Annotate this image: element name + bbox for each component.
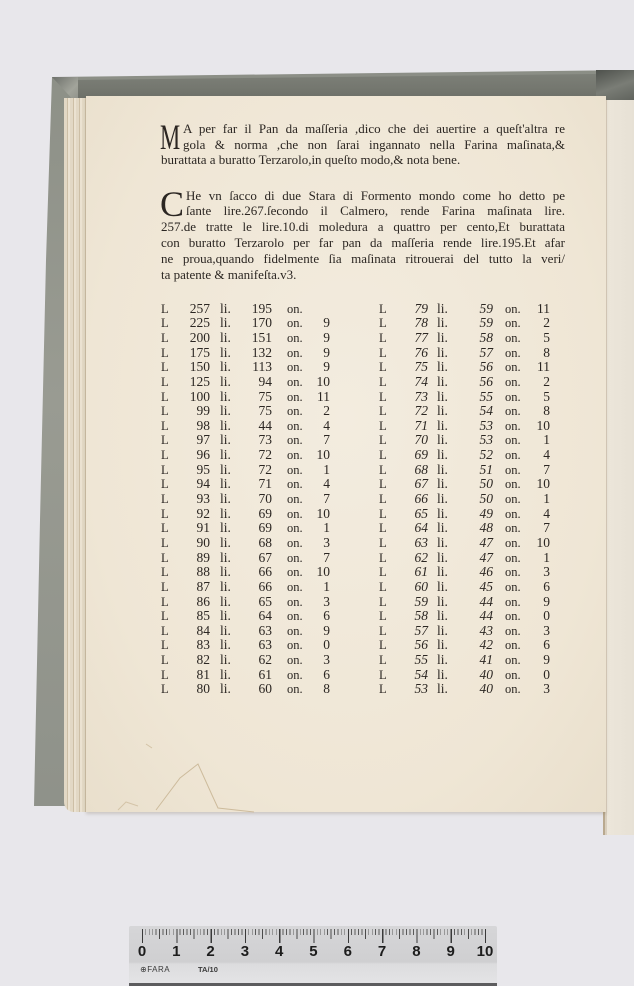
lire-marker: L xyxy=(161,360,169,375)
libbre-label: li. xyxy=(437,331,448,346)
table-row: L 96 li. 72 on. 10 xyxy=(160,448,335,463)
libbre-label: li. xyxy=(437,390,448,405)
lire-marker: L xyxy=(161,551,169,566)
libbre-amount: 53 xyxy=(453,433,493,448)
libbre-amount: 66 xyxy=(232,565,272,580)
oncie-amount: 10 xyxy=(524,536,550,551)
libbre-amount: 56 xyxy=(453,375,493,390)
table-row: L 62 li. 47 on. 1 xyxy=(378,551,554,566)
oncie-amount: 1 xyxy=(304,463,330,478)
lire-marker: L xyxy=(161,346,169,361)
libbre-amount: 54 xyxy=(453,404,493,419)
table-row: L 57 li. 43 on. 3 xyxy=(378,624,554,639)
libbre-label: li. xyxy=(437,653,448,668)
libbre-label: li. xyxy=(220,331,231,346)
libbre-amount: 75 xyxy=(232,404,272,419)
lire-marker: L xyxy=(379,668,387,683)
libbre-label: li. xyxy=(220,492,231,507)
lire-amount: 96 xyxy=(170,448,210,463)
lire-amount: 61 xyxy=(388,565,428,580)
table-row: L 94 li. 71 on. 4 xyxy=(160,477,335,492)
oncie-amount: 3 xyxy=(304,595,330,610)
conversion-table-left: L 257 li. 195 on. L 225 li. 170 on. 9 L … xyxy=(160,302,335,697)
lire-amount: 90 xyxy=(170,536,210,551)
oncie-amount: 0 xyxy=(524,609,550,624)
table-row: L 175 li. 132 on. 9 xyxy=(160,346,335,361)
oncie-label: on. xyxy=(505,433,521,448)
libbre-amount: 170 xyxy=(232,316,272,331)
oncie-label: on. xyxy=(287,448,303,463)
libbre-amount: 44 xyxy=(453,595,493,610)
table-row: L 125 li. 94 on. 10 xyxy=(160,375,335,390)
oncie-label: on. xyxy=(505,375,521,390)
lire-amount: 59 xyxy=(388,595,428,610)
table-row: L 84 li. 63 on. 9 xyxy=(160,624,335,639)
libbre-amount: 61 xyxy=(232,668,272,683)
oncie-amount: 7 xyxy=(524,521,550,536)
oncie-label: on. xyxy=(287,609,303,624)
libbre-amount: 59 xyxy=(453,316,493,331)
table-row: L 78 li. 59 on. 2 xyxy=(378,316,554,331)
oncie-amount: 3 xyxy=(524,682,550,697)
libbre-label: li. xyxy=(437,492,448,507)
table-row: L 58 li. 44 on. 0 xyxy=(378,609,554,624)
oncie-label: on. xyxy=(505,477,521,492)
oncie-amount: 7 xyxy=(304,433,330,448)
table-row: L 225 li. 170 on. 9 xyxy=(160,316,335,331)
oncie-amount: 10 xyxy=(304,448,330,463)
libbre-label: li. xyxy=(220,609,231,624)
libbre-amount: 41 xyxy=(453,653,493,668)
lire-marker: L xyxy=(161,463,169,478)
oncie-label: on. xyxy=(505,390,521,405)
lire-marker: L xyxy=(379,419,387,434)
libbre-label: li. xyxy=(220,595,231,610)
lire-marker: L xyxy=(379,521,387,536)
oncie-amount: 3 xyxy=(524,565,550,580)
lire-amount: 82 xyxy=(170,653,210,668)
libbre-amount: 66 xyxy=(232,580,272,595)
lire-marker: L xyxy=(379,390,387,405)
libbre-amount: 63 xyxy=(232,638,272,653)
table-row: L 60 li. 45 on. 6 xyxy=(378,580,554,595)
libbre-amount: 57 xyxy=(453,346,493,361)
table-row: L 55 li. 41 on. 9 xyxy=(378,653,554,668)
libbre-amount: 42 xyxy=(453,638,493,653)
lire-marker: L xyxy=(161,507,169,522)
lire-marker: L xyxy=(379,638,387,653)
lire-marker: L xyxy=(161,375,169,390)
oncie-label: on. xyxy=(287,595,303,610)
oncie-amount: 9 xyxy=(304,346,330,361)
oncie-label: on. xyxy=(505,565,521,580)
lire-amount: 81 xyxy=(170,668,210,683)
libbre-label: li. xyxy=(437,302,448,317)
lire-amount: 89 xyxy=(170,551,210,566)
oncie-label: on. xyxy=(505,668,521,683)
oncie-amount: 10 xyxy=(304,507,330,522)
lire-amount: 86 xyxy=(170,595,210,610)
libbre-amount: 62 xyxy=(232,653,272,668)
lire-amount: 91 xyxy=(170,521,210,536)
lire-marker: L xyxy=(161,609,169,624)
libbre-label: li. xyxy=(220,565,231,580)
libbre-amount: 72 xyxy=(232,463,272,478)
text-line: gola & norma ,che non ſarai ingannato ne… xyxy=(183,137,565,153)
lire-marker: L xyxy=(161,653,169,668)
lire-amount: 71 xyxy=(388,419,428,434)
text-line: A per far il Pan da maſſeria ,dico che d… xyxy=(183,121,565,137)
libbre-label: li. xyxy=(220,682,231,697)
libbre-amount: 40 xyxy=(453,682,493,697)
table-row: L 257 li. 195 on. xyxy=(160,302,335,317)
ruler-number: 3 xyxy=(228,944,262,960)
text-line: ſante lire.267.ſecondo il Calmero, rende… xyxy=(186,203,565,219)
lire-marker: L xyxy=(379,316,387,331)
libbre-label: li. xyxy=(220,463,231,478)
table-row: L 95 li. 72 on. 1 xyxy=(160,463,335,478)
oncie-amount: 9 xyxy=(304,624,330,639)
libbre-amount: 48 xyxy=(453,521,493,536)
libbre-amount: 45 xyxy=(453,580,493,595)
lire-amount: 225 xyxy=(170,316,210,331)
oncie-label: on. xyxy=(287,551,303,566)
lire-amount: 93 xyxy=(170,492,210,507)
ruler-number: 2 xyxy=(193,944,227,960)
text-line: ta patente & manifeſta.v3. xyxy=(161,267,565,283)
oncie-amount: 1 xyxy=(524,551,550,566)
lire-amount: 98 xyxy=(170,419,210,434)
oncie-label: on. xyxy=(505,580,521,595)
lire-marker: L xyxy=(161,580,169,595)
oncie-amount: 4 xyxy=(524,507,550,522)
libbre-label: li. xyxy=(220,433,231,448)
lire-amount: 63 xyxy=(388,536,428,551)
oncie-label: on. xyxy=(287,624,303,639)
table-row: L 54 li. 40 on. 0 xyxy=(378,668,554,683)
oncie-label: on. xyxy=(505,302,521,317)
lire-amount: 77 xyxy=(388,331,428,346)
text-line: burattata a buratto Terzarolo,in queſto … xyxy=(161,152,565,168)
table-row: L 88 li. 66 on. 10 xyxy=(160,565,335,580)
oncie-amount: 1 xyxy=(524,492,550,507)
lire-marker: L xyxy=(379,551,387,566)
lire-marker: L xyxy=(379,360,387,375)
lire-amount: 257 xyxy=(170,302,210,317)
libbre-amount: 47 xyxy=(453,536,493,551)
table-row: L 99 li. 75 on. 2 xyxy=(160,404,335,419)
table-row: L 90 li. 68 on. 3 xyxy=(160,536,335,551)
oncie-amount: 6 xyxy=(304,668,330,683)
table-row: L 70 li. 53 on. 1 xyxy=(378,433,554,448)
lire-amount: 62 xyxy=(388,551,428,566)
ruler-number: 8 xyxy=(399,944,433,960)
libbre-amount: 71 xyxy=(232,477,272,492)
lire-amount: 74 xyxy=(388,375,428,390)
oncie-label: on. xyxy=(287,433,303,448)
oncie-label: on. xyxy=(287,346,303,361)
lire-amount: 100 xyxy=(170,390,210,405)
libbre-label: li. xyxy=(437,404,448,419)
oncie-label: on. xyxy=(287,390,303,405)
lire-marker: L xyxy=(379,624,387,639)
lire-marker: L xyxy=(379,433,387,448)
ruler-number: 4 xyxy=(262,944,296,960)
oncie-label: on. xyxy=(505,346,521,361)
lire-amount: 58 xyxy=(388,609,428,624)
lire-marker: L xyxy=(379,536,387,551)
libbre-amount: 69 xyxy=(232,507,272,522)
lire-amount: 87 xyxy=(170,580,210,595)
oncie-amount: 9 xyxy=(304,331,330,346)
lire-amount: 94 xyxy=(170,477,210,492)
oncie-label: on. xyxy=(287,580,303,595)
table-row: L 61 li. 46 on. 3 xyxy=(378,565,554,580)
facing-page-edge xyxy=(603,100,634,835)
lire-amount: 69 xyxy=(388,448,428,463)
lire-marker: L xyxy=(379,580,387,595)
lire-amount: 55 xyxy=(388,653,428,668)
oncie-amount: 9 xyxy=(524,653,550,668)
ruler-number: 10 xyxy=(468,944,502,960)
table-row: L 69 li. 52 on. 4 xyxy=(378,448,554,463)
oncie-label: on. xyxy=(505,536,521,551)
libbre-label: li. xyxy=(437,316,448,331)
lire-marker: L xyxy=(161,390,169,405)
oncie-label: on. xyxy=(287,419,303,434)
table-row: L 150 li. 113 on. 9 xyxy=(160,360,335,375)
oncie-label: on. xyxy=(287,492,303,507)
lire-amount: 150 xyxy=(170,360,210,375)
libbre-amount: 50 xyxy=(453,477,493,492)
lire-marker: L xyxy=(379,595,387,610)
oncie-label: on. xyxy=(505,360,521,375)
libbre-amount: 94 xyxy=(232,375,272,390)
oncie-amount: 4 xyxy=(524,448,550,463)
libbre-label: li. xyxy=(437,624,448,639)
lire-marker: L xyxy=(379,375,387,390)
oncie-amount: 6 xyxy=(304,609,330,624)
libbre-label: li. xyxy=(437,375,448,390)
lire-amount: 97 xyxy=(170,433,210,448)
table-row: L 65 li. 49 on. 4 xyxy=(378,507,554,522)
oncie-amount: 0 xyxy=(524,668,550,683)
oncie-amount: 6 xyxy=(524,580,550,595)
lire-amount: 68 xyxy=(388,463,428,478)
oncie-label: on. xyxy=(287,638,303,653)
oncie-amount: 2 xyxy=(524,316,550,331)
lire-amount: 56 xyxy=(388,638,428,653)
libbre-label: li. xyxy=(220,302,231,317)
oncie-label: on. xyxy=(505,507,521,522)
oncie-label: on. xyxy=(505,404,521,419)
lire-marker: L xyxy=(379,346,387,361)
table-row: L 73 li. 55 on. 5 xyxy=(378,390,554,405)
libbre-label: li. xyxy=(220,390,231,405)
libbre-amount: 52 xyxy=(453,448,493,463)
libbre-label: li. xyxy=(437,507,448,522)
lire-amount: 84 xyxy=(170,624,210,639)
oncie-amount: 10 xyxy=(524,419,550,434)
libbre-amount: 51 xyxy=(453,463,493,478)
lire-amount: 60 xyxy=(388,580,428,595)
table-row: L 98 li. 44 on. 4 xyxy=(160,419,335,434)
ruler-numbers: 012345678910 xyxy=(125,944,502,960)
lire-marker: L xyxy=(379,492,387,507)
lire-amount: 72 xyxy=(388,404,428,419)
libbre-label: li. xyxy=(437,536,448,551)
lire-marker: L xyxy=(379,404,387,419)
oncie-amount: 9 xyxy=(524,595,550,610)
lire-marker: L xyxy=(379,565,387,580)
lire-marker: L xyxy=(161,682,169,697)
lire-amount: 175 xyxy=(170,346,210,361)
libbre-label: li. xyxy=(220,653,231,668)
ruler-model-label: TA/10 xyxy=(198,965,218,974)
libbre-label: li. xyxy=(437,668,448,683)
table-row: L 67 li. 50 on. 10 xyxy=(378,477,554,492)
table-row: L 64 li. 48 on. 7 xyxy=(378,521,554,536)
lire-amount: 53 xyxy=(388,682,428,697)
libbre-amount: 50 xyxy=(453,492,493,507)
libbre-label: li. xyxy=(437,609,448,624)
text-line: 257.de tratte le lire.10.di moledura a q… xyxy=(161,219,565,235)
lire-amount: 57 xyxy=(388,624,428,639)
libbre-label: li. xyxy=(437,565,448,580)
lire-marker: L xyxy=(161,565,169,580)
oncie-amount: 9 xyxy=(304,360,330,375)
libbre-label: li. xyxy=(220,638,231,653)
table-row: L 56 li. 42 on. 6 xyxy=(378,638,554,653)
lire-marker: L xyxy=(379,302,387,317)
libbre-label: li. xyxy=(437,682,448,697)
libbre-amount: 113 xyxy=(232,360,272,375)
libbre-amount: 151 xyxy=(232,331,272,346)
lire-marker: L xyxy=(379,448,387,463)
oncie-amount: 7 xyxy=(524,463,550,478)
oncie-amount: 7 xyxy=(304,492,330,507)
oncie-amount: 1 xyxy=(524,433,550,448)
oncie-label: on. xyxy=(505,682,521,697)
libbre-label: li. xyxy=(437,580,448,595)
lire-amount: 75 xyxy=(388,360,428,375)
lire-marker: L xyxy=(379,477,387,492)
lire-marker: L xyxy=(161,638,169,653)
table-row: L 63 li. 47 on. 10 xyxy=(378,536,554,551)
oncie-label: on. xyxy=(505,653,521,668)
libbre-amount: 195 xyxy=(232,302,272,317)
drop-cap-m: M xyxy=(160,119,180,155)
ruler-number: 7 xyxy=(365,944,399,960)
lire-marker: L xyxy=(379,463,387,478)
oncie-amount: 6 xyxy=(524,638,550,653)
lire-marker: L xyxy=(161,536,169,551)
libbre-amount: 72 xyxy=(232,448,272,463)
oncie-amount: 8 xyxy=(524,404,550,419)
libbre-amount: 53 xyxy=(453,419,493,434)
table-row: L 79 li. 59 on. 11 xyxy=(378,302,554,317)
libbre-amount: 64 xyxy=(232,609,272,624)
oncie-label: on. xyxy=(287,331,303,346)
oncie-amount: 11 xyxy=(304,390,330,405)
lire-amount: 54 xyxy=(388,668,428,683)
table-row: L 83 li. 63 on. 0 xyxy=(160,638,335,653)
lire-marker: L xyxy=(161,492,169,507)
libbre-amount: 49 xyxy=(453,507,493,522)
lire-amount: 67 xyxy=(388,477,428,492)
lire-amount: 83 xyxy=(170,638,210,653)
libbre-amount: 43 xyxy=(453,624,493,639)
libbre-amount: 40 xyxy=(453,668,493,683)
lire-marker: L xyxy=(161,595,169,610)
oncie-amount: 2 xyxy=(304,404,330,419)
libbre-label: li. xyxy=(437,433,448,448)
ruler-tick-marks xyxy=(142,929,486,944)
libbre-amount: 75 xyxy=(232,390,272,405)
oncie-label: on. xyxy=(287,360,303,375)
oncie-amount: 4 xyxy=(304,419,330,434)
ruler-number: 1 xyxy=(159,944,193,960)
table-row: L 72 li. 54 on. 8 xyxy=(378,404,554,419)
oncie-amount: 4 xyxy=(304,477,330,492)
table-row: L 75 li. 56 on. 11 xyxy=(378,360,554,375)
oncie-label: on. xyxy=(287,404,303,419)
lire-marker: L xyxy=(161,302,169,317)
page-tear-mark xyxy=(86,740,286,815)
lire-amount: 64 xyxy=(388,521,428,536)
lire-marker: L xyxy=(161,477,169,492)
oncie-amount: 9 xyxy=(304,316,330,331)
oncie-label: on. xyxy=(287,536,303,551)
lire-amount: 125 xyxy=(170,375,210,390)
libbre-label: li. xyxy=(220,668,231,683)
table-row: L 66 li. 50 on. 1 xyxy=(378,492,554,507)
drop-cap-c: C xyxy=(160,186,184,222)
libbre-label: li. xyxy=(220,419,231,434)
oncie-amount: 3 xyxy=(304,536,330,551)
table-row: L 91 li. 69 on. 1 xyxy=(160,521,335,536)
lire-marker: L xyxy=(161,668,169,683)
oncie-amount: 10 xyxy=(304,565,330,580)
oncie-amount: 5 xyxy=(524,331,550,346)
table-row: L 87 li. 66 on. 1 xyxy=(160,580,335,595)
oncie-label: on. xyxy=(287,682,303,697)
table-row: L 80 li. 60 on. 8 xyxy=(160,682,335,697)
oncie-amount: 1 xyxy=(304,521,330,536)
libbre-amount: 65 xyxy=(232,595,272,610)
lire-marker: L xyxy=(161,521,169,536)
libbre-amount: 63 xyxy=(232,624,272,639)
libbre-amount: 69 xyxy=(232,521,272,536)
table-row: L 59 li. 44 on. 9 xyxy=(378,595,554,610)
lire-marker: L xyxy=(161,316,169,331)
lire-marker: L xyxy=(161,404,169,419)
oncie-amount: 7 xyxy=(304,551,330,566)
lire-marker: L xyxy=(379,609,387,624)
oncie-label: on. xyxy=(287,316,303,331)
libbre-label: li. xyxy=(220,507,231,522)
lire-amount: 73 xyxy=(388,390,428,405)
oncie-amount: 8 xyxy=(304,682,330,697)
libbre-label: li. xyxy=(437,360,448,375)
table-row: L 82 li. 62 on. 3 xyxy=(160,653,335,668)
lire-amount: 85 xyxy=(170,609,210,624)
oncie-label: on. xyxy=(505,419,521,434)
lire-amount: 92 xyxy=(170,507,210,522)
libbre-label: li. xyxy=(220,624,231,639)
libbre-amount: 56 xyxy=(453,360,493,375)
table-row: L 97 li. 73 on. 7 xyxy=(160,433,335,448)
